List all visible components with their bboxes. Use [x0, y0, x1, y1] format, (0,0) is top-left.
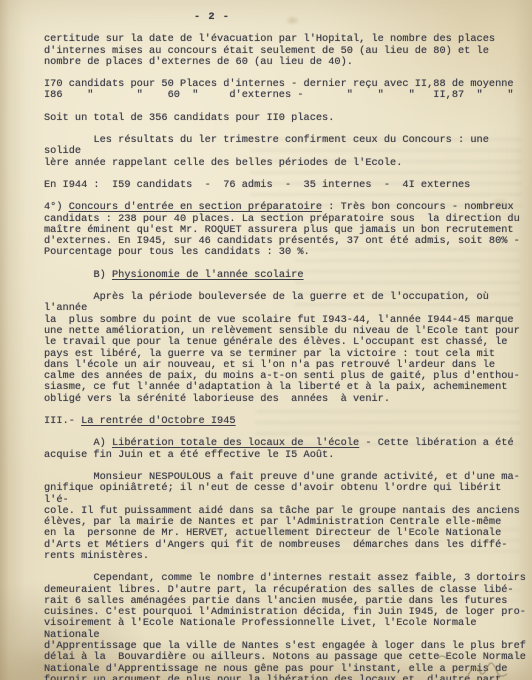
text-line: I86 " " 60 " d'externes - " " " II,87 " …: [44, 90, 528, 101]
text-line: Cependant, comme le nombre d'internes re…: [44, 573, 528, 584]
item-number: 4°): [44, 201, 69, 213]
text-line: visoirement à l'Ecole Nationale Professi…: [44, 618, 528, 641]
candidate-statistics: I70 candidats pour 50 Places d'internes …: [44, 79, 528, 102]
text-line: le travail que pour la tenue générale de…: [44, 337, 528, 348]
section-number: III.-: [44, 415, 81, 427]
total-candidates-line: Soit un total de 356 candidats pour II0 …: [44, 113, 528, 124]
document-page: - 2 - certitude sur la date de l'évacuat…: [0, 0, 532, 680]
text-line: 4°) Concours d'entrée en section prépara…: [44, 202, 528, 213]
text-line: Les résultats du ler trimestre confirmen…: [44, 135, 528, 158]
page-number: - 2 -: [194, 12, 528, 23]
typed-text-area: - 2 - certitude sur la date de l'évacuat…: [0, 0, 532, 680]
heading-suffix: - Cette libération a été: [359, 437, 513, 449]
heading-physionomie: B) Physionomie de l'année scolaire: [44, 270, 528, 281]
text-line: En I944 : I59 candidats - 76 admis - 35 …: [44, 180, 528, 191]
paragraph-evacuation: certitude sur la date de l'évacuation pa…: [44, 34, 528, 68]
text-line: obligé vers la sérénité laborieuse des a…: [44, 394, 528, 405]
underlined-heading: Concours d'entrée en section préparatoir…: [69, 201, 322, 213]
underlined-heading: Libération totale des locaux de l'école: [112, 437, 359, 449]
underlined-heading: Physionomie de l'année scolaire: [112, 269, 304, 281]
item-letter: A): [44, 437, 112, 449]
text-line: Après la période bouleversée de la guerr…: [44, 292, 528, 315]
text-line: en la personne de Mr. HERVET, actuelleme…: [44, 528, 528, 539]
text-line: Soit un total de 356 candidats pour II0 …: [44, 113, 528, 124]
statistics-1944-line: En I944 : I59 candidats - 76 admis - 35 …: [44, 180, 528, 191]
paragraph-concours-preparatoire: 4°) Concours d'entrée en section prépara…: [44, 202, 528, 258]
text-line: rents ministères.: [44, 551, 528, 562]
paragraph-liberation-locaux: A) Libération totale des locaux de l'éco…: [44, 438, 528, 461]
text-line: certitude sur la date de l'évacuation pa…: [44, 34, 528, 45]
text-line: A) Libération totale des locaux de l'éco…: [44, 438, 528, 449]
paragraph-results: Les résultats du ler trimestre confirmen…: [44, 135, 528, 169]
paragraph-annee-scolaire: Après la période bouleversée de la guerr…: [44, 292, 528, 405]
underlined-heading: La rentrée d'Octobre I945: [81, 415, 235, 427]
paragraph-nespoulous: Monsieur NESPOULOUS a fait preuve d'une …: [44, 472, 528, 562]
text-line: B) Physionomie de l'année scolaire: [44, 270, 528, 281]
heading-suffix: : Très bon concours - nombreux: [322, 201, 514, 213]
text-line: lère année rappelant celle des belles pé…: [44, 158, 528, 169]
heading-rentree-octobre: III.- La rentrée d'Octobre I945: [44, 416, 528, 427]
item-letter: B): [44, 269, 112, 281]
text-line: III.- La rentrée d'Octobre I945: [44, 416, 528, 427]
text-line: acquise fin Juin et a été effective le I…: [44, 450, 528, 461]
text-line: nombre de places d'externes de 60 (au li…: [44, 57, 528, 68]
text-line: gnifique opiniâtreté; il n'eut de cesse …: [44, 483, 528, 506]
handwritten-mark: [430, 650, 520, 680]
text-line: Pourcentage pour tous les candidats : 30…: [44, 247, 528, 258]
